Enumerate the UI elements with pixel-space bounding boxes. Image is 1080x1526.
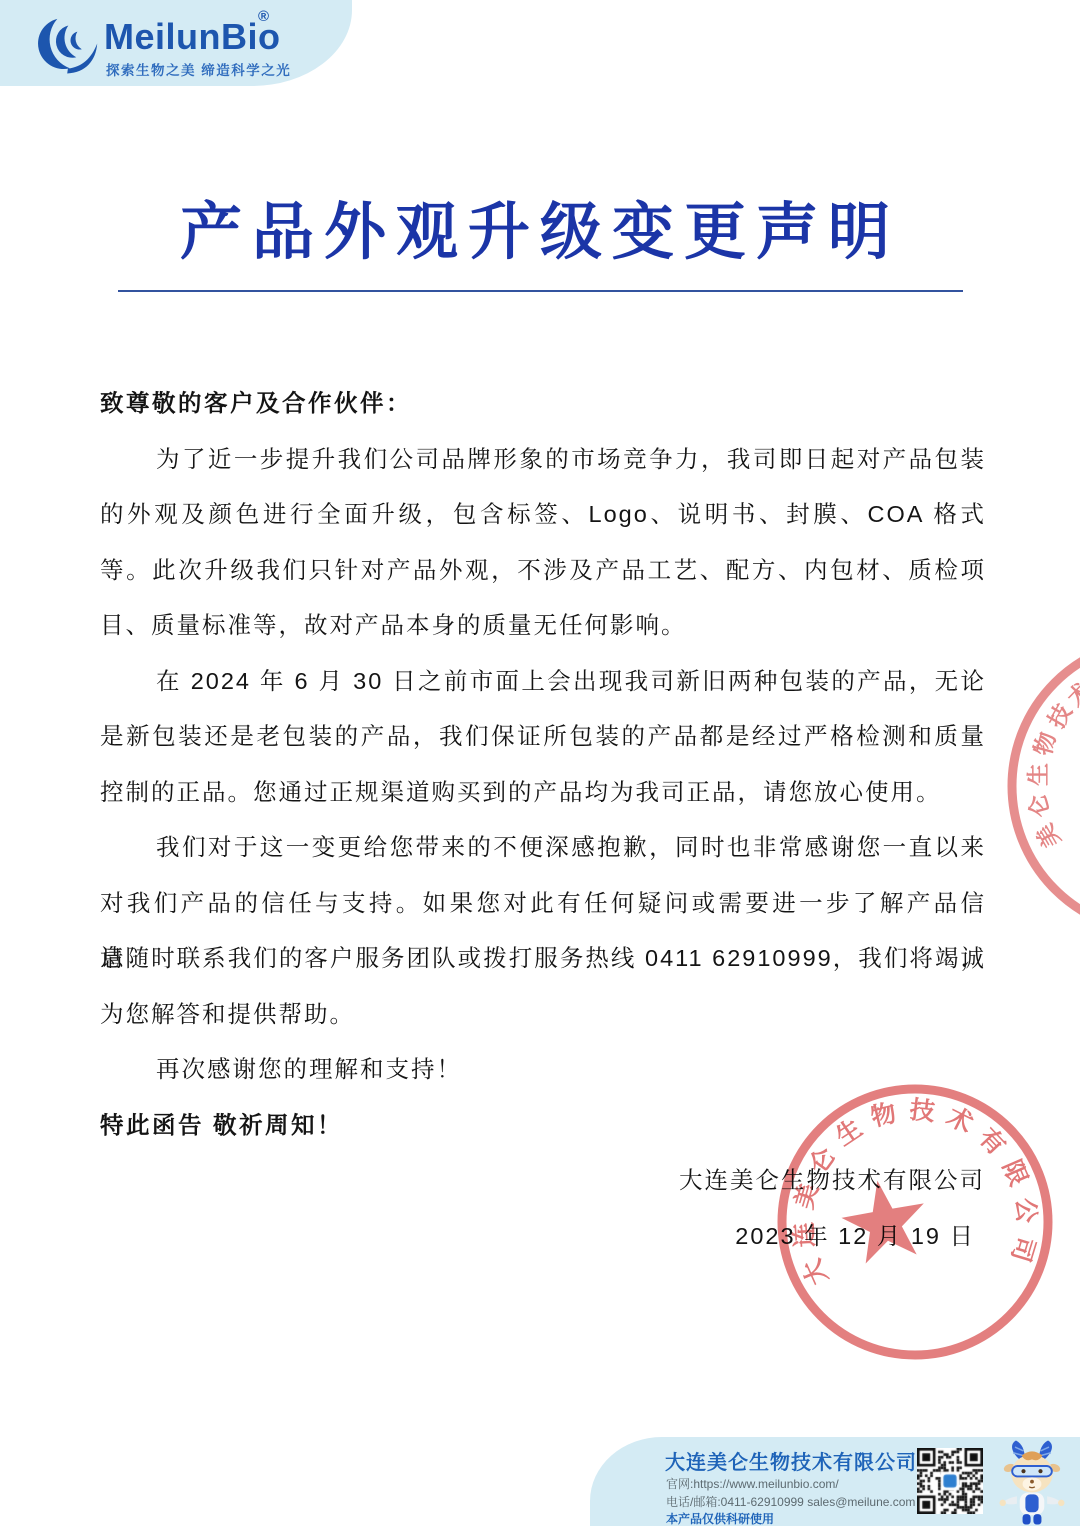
letter-body: 致尊敬的客户及合作伙伴： 为了近一步提升我们公司品牌形象的市场竞争力，我司即日起… xyxy=(100,376,986,1153)
seal-char: 生 xyxy=(1025,763,1051,786)
body-line: 的外观及颜色进行全面升级，包含标签、Logo、说明书、封膜、COA 格式 xyxy=(100,487,986,543)
signature-company: 大连美仑生物技术有限公司 xyxy=(679,1153,985,1209)
body-line: 目、质量标准等，故对产品本身的质量无任何影响。 xyxy=(100,598,986,654)
footer-company-name: 大连美仑生物技术有限公司 xyxy=(665,1446,917,1475)
body-line: 对我们产品的信任与支持。如果您对此有任何疑问或需要进一步了解产品信息， xyxy=(100,876,986,932)
seal-char: 美 xyxy=(1031,820,1065,853)
registered-mark: ® xyxy=(258,8,269,25)
footer: 大连美仑生物技术有限公司 官网:https://www.meilunbio.co… xyxy=(590,1437,1080,1526)
footer-website: 官网:https://www.meilunbio.com/ xyxy=(666,1475,839,1492)
meilunbio-wave-icon xyxy=(36,14,102,74)
announcement-page: { "brand": { "name": "MeilunBio", "regis… xyxy=(0,0,1080,1526)
document-title: 产品外观升级变更声明 xyxy=(0,182,1080,271)
partial-seal-stamp: 美 仑 生 物 技 术 xyxy=(1000,640,1080,940)
seal-char: 仑 xyxy=(1024,791,1055,820)
title-divider xyxy=(118,290,963,292)
body-line: 在 2024 年 6 月 30 日之前市面上会出现我司新旧两种包装的产品，无论 xyxy=(100,654,986,710)
body-line: 等。此次升级我们只针对产品外观，不涉及产品工艺、配方、内包材、质检项 xyxy=(100,543,986,599)
body-line: 为您解答和提供帮助。 xyxy=(100,987,986,1043)
footer-contact: 电话/邮箱:0411-62910999 sales@meilune.com xyxy=(666,1493,915,1510)
signature-date: 2023 年 12 月 19 日 xyxy=(679,1209,985,1265)
greeting-line: 致尊敬的客户及合作伙伴： xyxy=(100,376,986,432)
brand-tagline: 探索生物之美 缔造科学之光 xyxy=(106,59,291,79)
thanks-line: 再次感谢您的理解和支持！ xyxy=(100,1042,986,1098)
body-line: 请随时联系我们的客户服务团队或拨打服务热线 0411 62910999，我们将竭… xyxy=(100,931,986,987)
seal-char: 物 xyxy=(1030,729,1061,758)
brand-name: MeilunBio xyxy=(104,16,280,58)
mascot-goat-character xyxy=(998,1439,1066,1526)
seal-char: 术 xyxy=(1062,677,1080,712)
body-line: 是新包装还是老包装的产品，我们保证所包装的产品都是经过严格检测和质量 xyxy=(100,709,986,765)
qr-code xyxy=(917,1448,983,1514)
body-line: 我们对于这一变更给您带来的不便深感抱歉，同时也非常感谢您一直以来 xyxy=(100,820,986,876)
signature-block: 大连美仑生物技术有限公司 2023 年 12 月 19 日 xyxy=(679,1153,985,1264)
seal-char: 技 xyxy=(1043,700,1077,733)
body-line: 为了近一步提升我们公司品牌形象的市场竞争力，我司即日起对产品包装 xyxy=(100,432,986,488)
brand-header: MeilunBio ® 探索生物之美 缔造科学之光 xyxy=(0,0,352,86)
body-line: 控制的正品。您通过正规渠道购买到的产品均为我司正品，请您放心使用。 xyxy=(100,765,986,821)
notice-line: 特此函告 敬祈周知！ xyxy=(100,1098,986,1154)
footer-usage-note: 本产品仅供科研使用 xyxy=(666,1510,774,1526)
